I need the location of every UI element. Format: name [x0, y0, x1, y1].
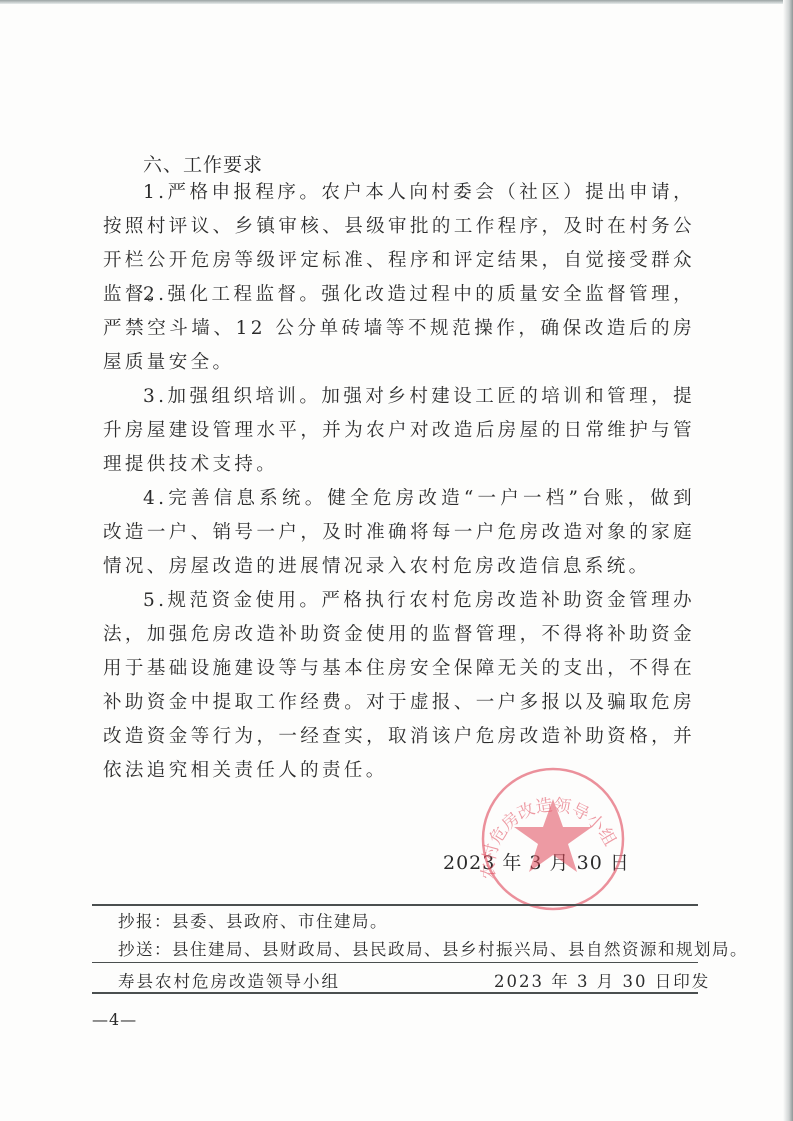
footer-rule-middle — [92, 962, 698, 963]
official-seal-icon: 农村危房改造领导小组 — [468, 763, 648, 913]
footer-rule-top — [92, 904, 698, 906]
issue-date: 2023 年 3 月 30 日印发 — [494, 968, 710, 992]
paragraph-4: 4.完善信息系统。健全危房改造“一户一档”台账，做到改造一户、销号一户，及时准确… — [103, 482, 695, 584]
scan-right-edge — [783, 0, 793, 1121]
section-heading: 六、工作要求 — [143, 150, 263, 177]
paragraph-2: 2.强化工程监督。强化改造过程中的质量安全监督管理，严禁空斗墙、12 公分单砖墙… — [103, 278, 695, 380]
paragraph-5: 5.规范资金使用。严格执行农村危房改造补助资金管理办法，加强危房改造补助资金使用… — [103, 584, 695, 788]
cc-send: 抄送：县住建局、县财政局、县民政局、县乡村振兴局、县自然资源和规划局。 — [118, 936, 748, 960]
paragraph-3: 3.加强组织培训。加强对乡村建设工匠的培训和管理，提升房屋建设管理水平，并为农户… — [103, 380, 695, 482]
scan-top-edge — [0, 0, 793, 4]
footer-rule-bottom — [92, 992, 698, 994]
issuing-body: 寿县农村危房改造领导小组 — [118, 968, 340, 992]
cc-report: 抄报：县委、县政府、市住建局。 — [118, 908, 388, 932]
page-number: —4— — [92, 1010, 137, 1029]
